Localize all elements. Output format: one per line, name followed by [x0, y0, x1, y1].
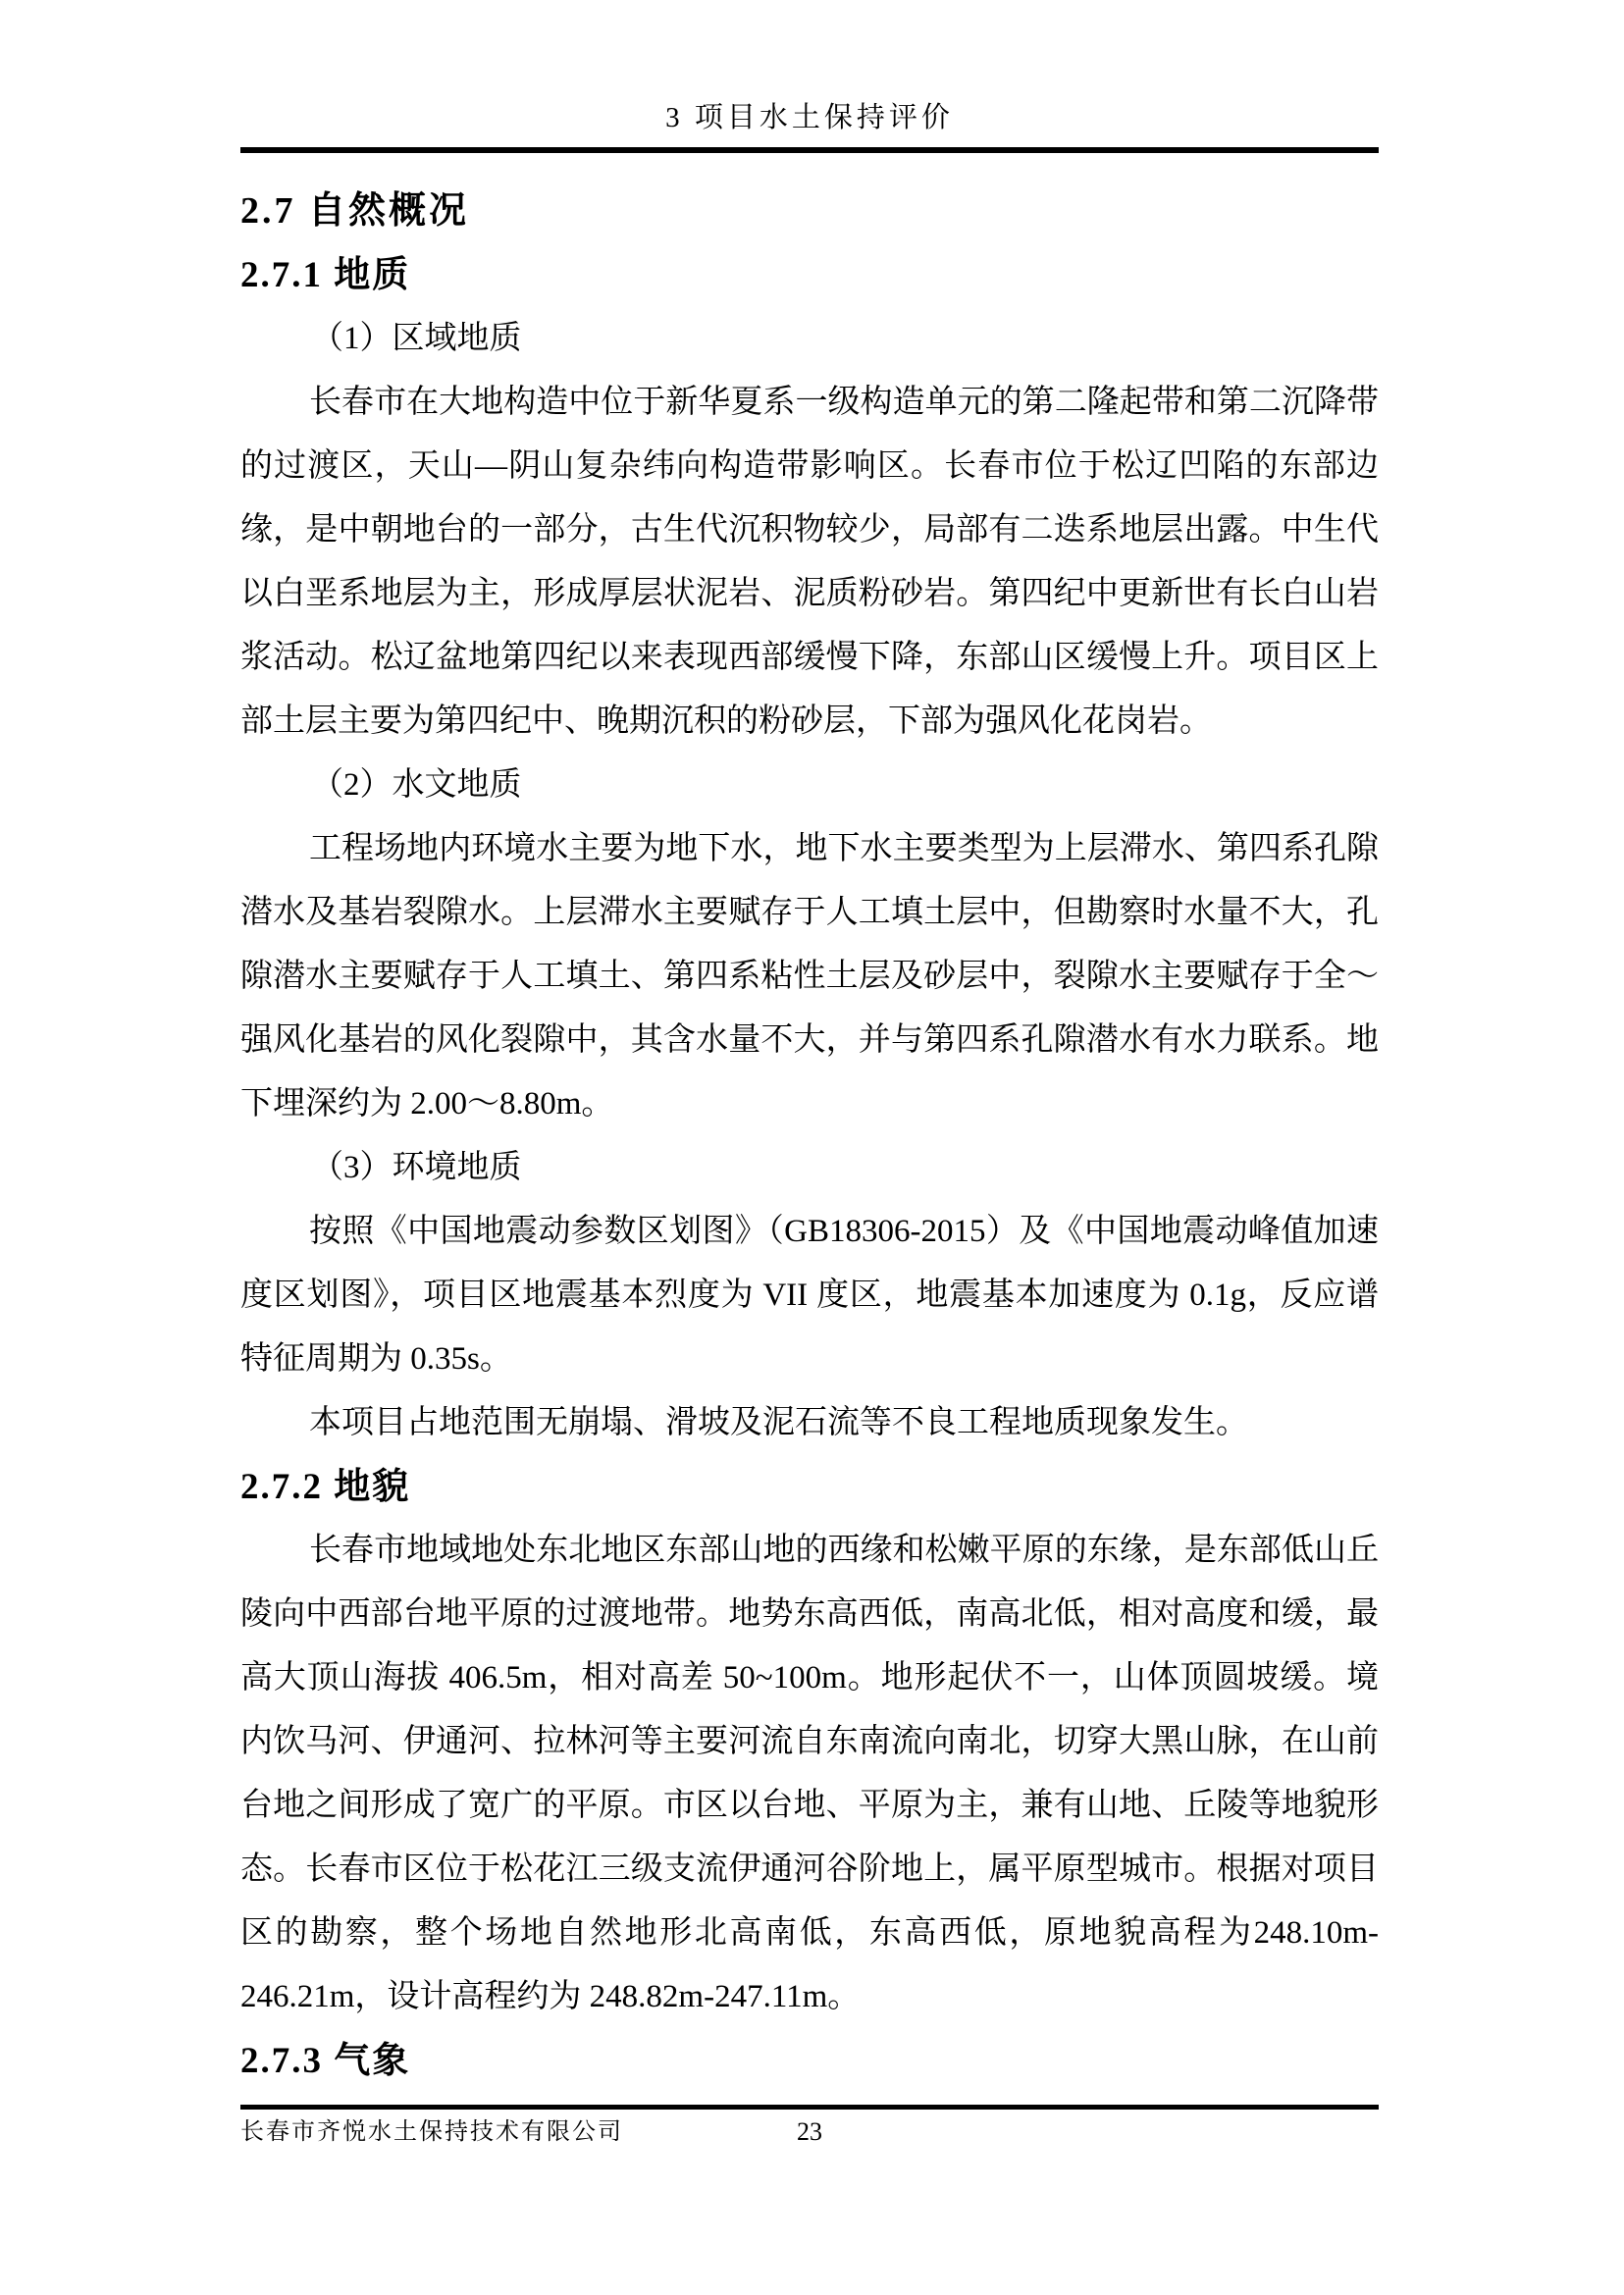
paragraph-regional-geology: 长春市在大地构造中位于新华夏系一级构造单元的第二隆起带和第二沉降带的过渡区，天山… [240, 371, 1379, 754]
paragraph-environmental-geology: 按照《中国地震动参数区划图》（GB18306-2015）及《中国地震动峰值加速度… [240, 1200, 1379, 1391]
paragraph-hydrogeology: 工程场地内环境水主要为地下水，地下水主要类型为上层滞水、第四系孔隙潜水及基岩裂隙… [240, 817, 1379, 1136]
page-footer: 长春市齐悦水土保持技术有限公司 23 [240, 2105, 1379, 2155]
footer-rule [240, 2105, 1379, 2110]
paragraph-geology-note: 本项目占地范围无崩塌、滑坡及泥石流等不良工程地质现象发生。 [240, 1391, 1379, 1455]
section-heading-2-7-2: 2.7.2 地貌 [240, 1455, 1379, 1519]
subitem-title-regional-geology: （1）区域地质 [240, 307, 1379, 371]
subitem-title-hydrogeology: （2）水文地质 [240, 754, 1379, 817]
section-heading-2-7: 2.7 自然概况 [240, 180, 1379, 243]
footer-company: 长春市齐悦水土保持技术有限公司 [240, 2115, 623, 2149]
paragraph-landform: 长春市地域地处东北地区东部山地的西缘和松嫩平原的东缘，是东部低山丘陵向中西部台地… [240, 1519, 1379, 2029]
footer-row: 长春市齐悦水土保持技术有限公司 23 [240, 2115, 1379, 2155]
page-content: 2.7 自然概况 2.7.1 地质 （1）区域地质 长春市在大地构造中位于新华夏… [240, 180, 1379, 2093]
header-rule [240, 147, 1379, 153]
section-heading-2-7-1: 2.7.1 地质 [240, 243, 1379, 307]
section-heading-2-7-3: 2.7.3 气象 [240, 2029, 1379, 2093]
running-header-title: 3 项目水土保持评价 [240, 0, 1379, 137]
subitem-title-environmental-geology: （3）环境地质 [240, 1136, 1379, 1200]
page-header: 3 项目水土保持评价 [240, 0, 1379, 153]
document-page: 3 项目水土保持评价 2.7 自然概况 2.7.1 地质 （1）区域地质 长春市… [0, 0, 1624, 2295]
